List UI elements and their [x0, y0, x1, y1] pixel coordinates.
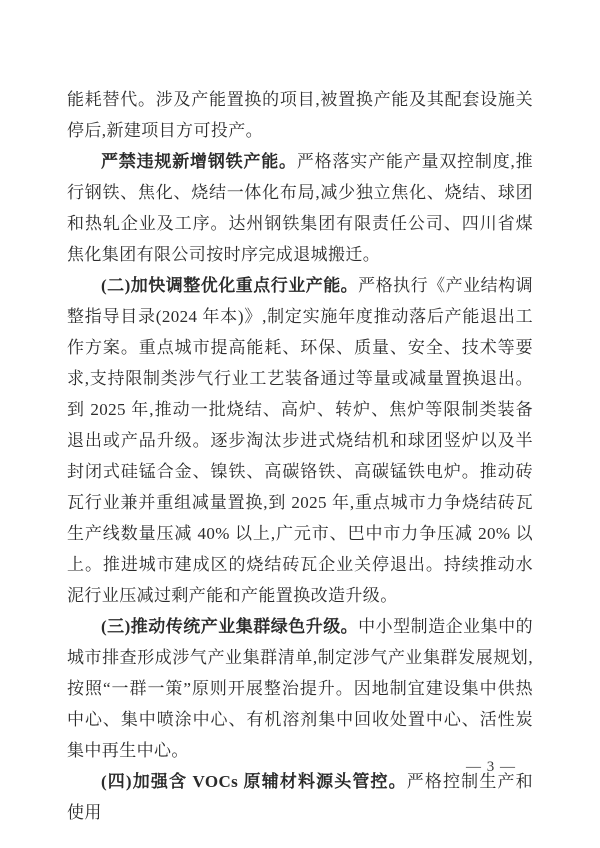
- paragraph-section-3: (三)推动传统产业集群绿色升级。中小型制造企业集中的城市排查形成涉气产业集群清单…: [67, 611, 533, 766]
- paragraph-section-4: (四)加强含 VOCs 原辅材料源头管控。严格控制生产和使用: [67, 766, 533, 828]
- paragraph-lead: (四)加强含 VOCs 原辅材料源头管控。: [101, 772, 407, 791]
- paragraph-section-2: (二)加快调整优化重点行业产能。严格执行《产业结构调整指导目录(2024 年本)…: [67, 270, 533, 611]
- paragraph-continuation: 能耗替代。涉及产能置换的项目,被置换产能及其配套设施关停后,新建项目方可投产。: [67, 84, 533, 146]
- paragraph-steel-capacity: 严禁违规新增钢铁产能。严格落实产能产量双控制度,推行钢铁、焦化、烧结一体化布局,…: [67, 146, 533, 270]
- paragraph-lead: (三)推动传统产业集群绿色升级。: [101, 617, 358, 636]
- paragraph-text: 中小型制造企业集中的城市排查形成涉气产业集群清单,制定涉气产业集群发展规划,按照…: [67, 617, 533, 760]
- paragraph-lead: (二)加快调整优化重点行业产能。: [101, 276, 358, 295]
- paragraph-text: 能耗替代。涉及产能置换的项目,被置换产能及其配套设施关停后,新建项目方可投产。: [67, 90, 533, 140]
- document-page: 能耗替代。涉及产能置换的项目,被置换产能及其配套设施关停后,新建项目方可投产。 …: [0, 0, 600, 848]
- page-body: 能耗替代。涉及产能置换的项目,被置换产能及其配套设施关停后,新建项目方可投产。 …: [67, 84, 533, 828]
- page-number: — 3 —: [466, 759, 516, 775]
- paragraph-text: 严格执行《产业结构调整指导目录(2024 年本)》,制定实施年度推动落后产能退出…: [67, 276, 533, 605]
- paragraph-lead: 严禁违规新增钢铁产能。: [101, 152, 297, 171]
